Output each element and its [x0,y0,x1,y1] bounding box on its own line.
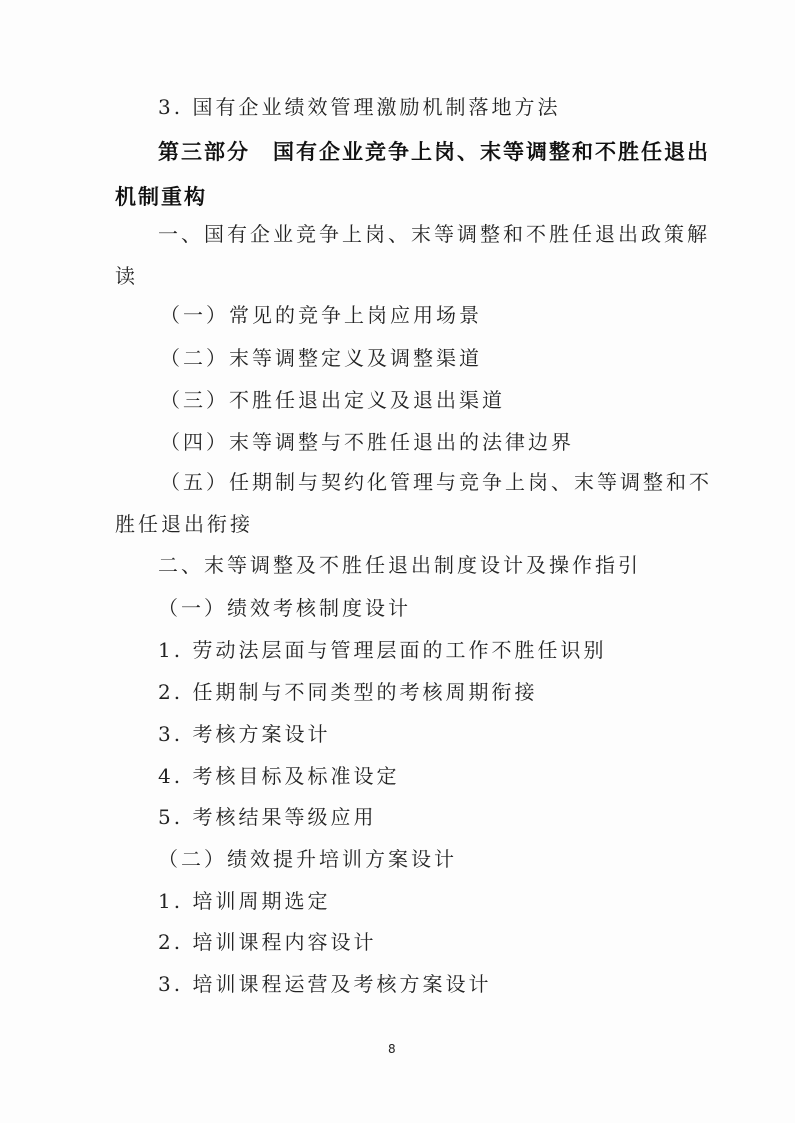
outline-item: （二）末等调整定义及调整渠道 [160,346,482,370]
outline-item: （一）常见的竞争上岗应用场景 [160,303,482,327]
page-number: 8 [388,1042,396,1056]
outline-item: 3. 考核方案设计 [158,722,330,746]
outline-item: 3. 国有企业绩效管理激励机制落地方法 [158,95,560,119]
section-heading: 第三部分 国有企业竞争上岗、末等调整和不胜任退出 [158,140,710,164]
outline-item: （二）绩效提升培训方案设计 [158,847,457,871]
outline-item: （三）不胜任退出定义及退出渠道 [160,388,505,412]
outline-item: 读 [115,264,138,288]
outline-item: （一）绩效考核制度设计 [158,596,411,620]
outline-item: 1. 培训周期选定 [158,889,330,913]
outline-item: （四）末等调整与不胜任退出的法律边界 [160,430,574,454]
outline-item: 一、国有企业竞争上岗、末等调整和不胜任退出政策解 [158,222,710,246]
outline-item: 2. 培训课程内容设计 [158,930,376,954]
outline-item: （五）任期制与契约化管理与竞争上岗、末等调整和不 [160,470,712,494]
section-heading: 机制重构 [115,185,207,209]
outline-item: 2. 任期制与不同类型的考核周期衔接 [158,680,537,704]
outline-item: 4. 考核目标及标准设定 [158,764,399,788]
outline-item: 5. 考核结果等级应用 [158,805,376,829]
outline-item: 3. 培训课程运营及考核方案设计 [158,972,491,996]
outline-item: 1. 劳动法层面与管理层面的工作不胜任识别 [158,638,606,662]
outline-item: 二、末等调整及不胜任退出制度设计及操作指引 [158,553,641,577]
outline-item: 胜任退出衔接 [115,512,253,536]
